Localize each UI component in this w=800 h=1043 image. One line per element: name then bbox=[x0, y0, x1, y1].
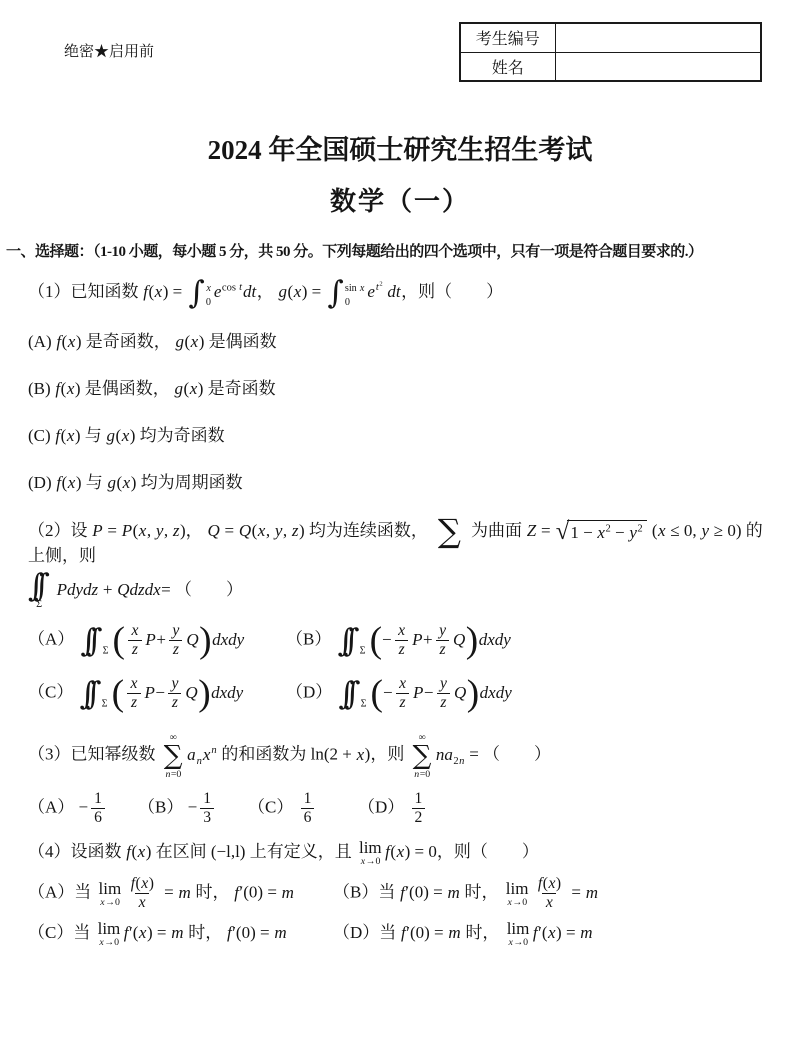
question-2-option-d: （D） ∫∫Σ(− xzP − yzQ)dxdy bbox=[286, 675, 512, 712]
name-label: 姓名 bbox=[460, 52, 555, 81]
page-header: 绝密★启用前 考生编号 姓名 bbox=[28, 0, 772, 82]
question-2-stem-line-1: （2）设 P = P(x, y, z)， Q = Q(x, y, z) 均为连续… bbox=[28, 519, 772, 568]
candidate-info-table: 考生编号 姓名 bbox=[459, 22, 762, 82]
candidate-number-input-cell[interactable] bbox=[555, 23, 761, 52]
question-1-option-c: (C) f(x) 与 g(x) 均为奇函数 bbox=[28, 425, 772, 448]
question-3-option-b: （B） −13 bbox=[138, 790, 248, 827]
question-4-option-b: （B）当 f′(0) = m 时， limx→0f(x)x = m bbox=[333, 875, 599, 912]
question-2-option-a: （A） ∫∫Σ(xzP + yzQ)dxdy bbox=[28, 622, 286, 659]
question-4-options-row-2: （C）当 limx→0f′(x) = m 时， f′(0) = m （D）当 f… bbox=[28, 920, 772, 948]
exam-page: 绝密★启用前 考生编号 姓名 2024 年全国硕士研究生招生考试 数学（一） 一… bbox=[0, 0, 800, 1043]
question-2-stem-line-2: ∫∫ΣPdydz + Qdzdx= （ ） bbox=[28, 572, 772, 611]
question-2-options-row-2: （C） ∫∫Σ(xzP − yzQ)dxdy （D） ∫∫Σ(− xzP − y… bbox=[28, 675, 772, 712]
question-4-stem: （4）设函数 f(x) 在区间 (−l,l) 上有定义，且 limx→0f(x)… bbox=[28, 839, 772, 867]
question-4-option-c: （C）当 limx→0f′(x) = m 时， f′(0) = m bbox=[28, 920, 333, 948]
question-3-options-row: （A） −16 （B） −13 （C） 16 （D） 12 bbox=[28, 790, 772, 827]
question-2-options-row-1: （A） ∫∫Σ(xzP + yzQ)dxdy （B） ∫∫Σ(− xzP + y… bbox=[28, 622, 772, 659]
question-1-stem: （1）已知函数 f(x) = ∫x0ecos tdt， g(x) = ∫sin … bbox=[28, 279, 772, 307]
section-1-heading: 一、选择题：（1-10 小题，每小题 5 分，共 50 分。下列每题给出的四个选… bbox=[6, 240, 796, 261]
candidate-number-row: 考生编号 bbox=[460, 23, 761, 52]
question-4-option-d: （D）当 f′(0) = m 时， limx→0f′(x) = m bbox=[333, 920, 593, 948]
question-3-option-a: （A） −16 bbox=[28, 790, 138, 827]
name-input-cell[interactable] bbox=[555, 52, 761, 81]
question-1-option-b: (B) f(x) 是偶函数， g(x) 是奇函数 bbox=[28, 378, 772, 401]
name-row: 姓名 bbox=[460, 52, 761, 81]
question-4-option-a: （A）当 limx→0f(x)x = m 时， f′(0) = m bbox=[28, 875, 333, 912]
secrecy-notice: 绝密★启用前 bbox=[64, 40, 154, 61]
exam-subtitle: 数学（一） bbox=[28, 181, 772, 218]
question-1-option-a: (A) f(x) 是奇函数， g(x) 是偶函数 bbox=[28, 331, 772, 354]
exam-title: 2024 年全国硕士研究生招生考试 bbox=[28, 128, 772, 167]
question-3-option-d: （D） 12 bbox=[358, 790, 428, 827]
question-1-option-d: (D) f(x) 与 g(x) 均为周期函数 bbox=[28, 472, 772, 495]
candidate-number-label: 考生编号 bbox=[460, 23, 555, 52]
question-3-stem: （3）已知幂级数 ∞∑n=0anxn 的和函数为 ln(2 + x)，则 ∞∑n… bbox=[28, 732, 772, 780]
question-2-option-b: （B） ∫∫Σ(− xzP + yzQ)dxdy bbox=[286, 622, 511, 659]
question-3-option-c: （C） 16 bbox=[248, 790, 358, 827]
question-4-options-row-1: （A）当 limx→0f(x)x = m 时， f′(0) = m （B）当 f… bbox=[28, 875, 772, 912]
question-2-option-c: （C） ∫∫Σ(xzP − yzQ)dxdy bbox=[28, 675, 286, 712]
